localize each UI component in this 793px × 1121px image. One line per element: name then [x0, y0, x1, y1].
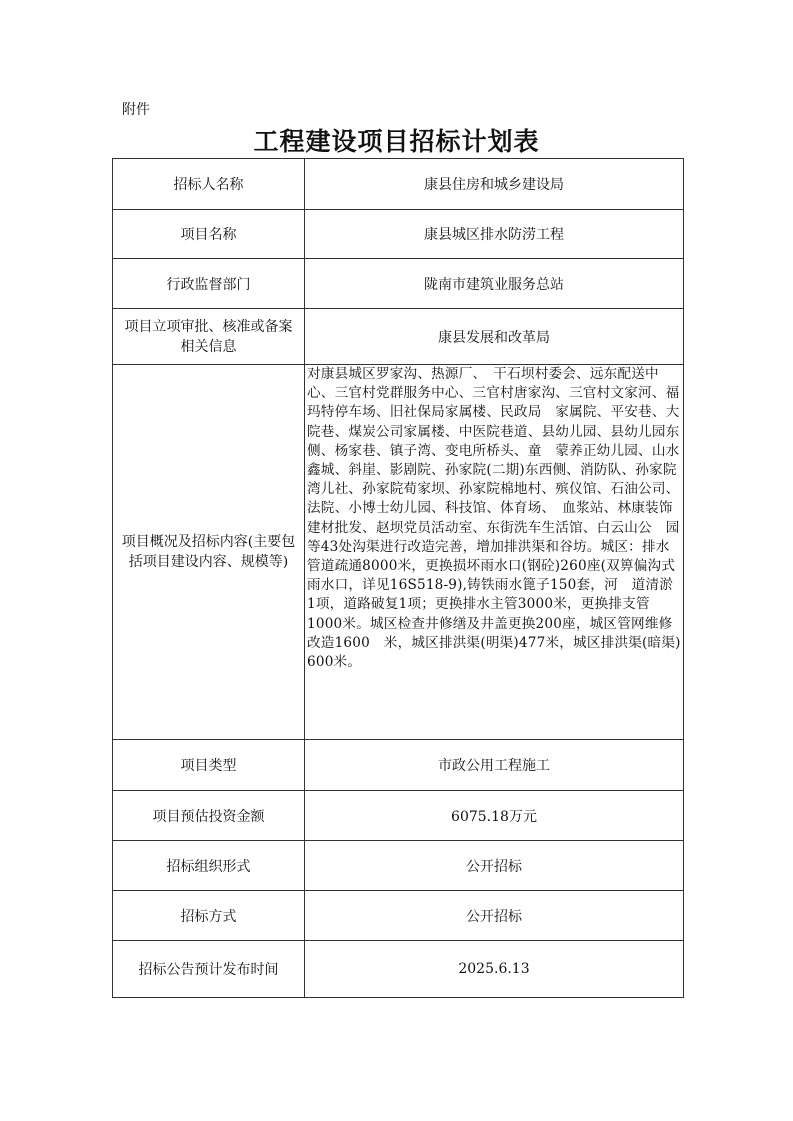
table-row: 招标人名称 康县住房和城乡建设局 [113, 159, 684, 210]
row-label-organization-form: 招标组织形式 [113, 841, 305, 891]
row-value-approval-info: 康县发展和改革局 [305, 309, 684, 365]
row-label-tender-method: 招标方式 [113, 891, 305, 941]
row-label-supervision-dept: 行政监督部门 [113, 259, 305, 309]
row-label-project-name: 项目名称 [113, 210, 305, 259]
table-row: 项目立项审批、核准或备案相关信息 康县发展和改革局 [113, 309, 684, 365]
row-label-project-type: 项目类型 [113, 740, 305, 791]
row-value-supervision-dept: 陇南市建筑业服务总站 [305, 259, 684, 309]
row-value-project-overview: 对康县城区罗家沟、热源厂、 干石坝村委会、远东配送中心、三官村党群服务中心、三官… [305, 365, 684, 740]
table-row: 项目概况及招标内容(主要包括项目建设内容、规模等) 对康县城区罗家沟、热源厂、 … [113, 365, 684, 740]
row-value-organization-form: 公开招标 [305, 841, 684, 891]
table-row: 行政监督部门 陇南市建筑业服务总站 [113, 259, 684, 309]
row-value-project-name: 康县城区排水防涝工程 [305, 210, 684, 259]
attachment-label: 附件 [122, 99, 150, 119]
row-value-project-type: 市政公用工程施工 [305, 740, 684, 791]
row-label-investment: 项目预估投资金额 [113, 791, 305, 841]
table-row: 项目名称 康县城区排水防涝工程 [113, 210, 684, 259]
row-value-announcement-date: 2025.6.13 [305, 941, 684, 998]
page-title: 工程建设项目招标计划表 [0, 122, 793, 158]
row-value-tenderer: 康县住房和城乡建设局 [305, 159, 684, 210]
row-label-approval-info: 项目立项审批、核准或备案相关信息 [113, 309, 305, 365]
row-label-tenderer: 招标人名称 [113, 159, 305, 210]
row-label-announcement-date: 招标公告预计发布时间 [113, 941, 305, 998]
table-row: 项目预估投资金额 6075.18万元 [113, 791, 684, 841]
row-label-project-overview: 项目概况及招标内容(主要包括项目建设内容、规模等) [113, 365, 305, 740]
row-value-tender-method: 公开招标 [305, 891, 684, 941]
tender-plan-table: 招标人名称 康县住房和城乡建设局 项目名称 康县城区排水防涝工程 行政监督部门 … [112, 158, 684, 998]
table-row: 招标公告预计发布时间 2025.6.13 [113, 941, 684, 998]
table-row: 招标组织形式 公开招标 [113, 841, 684, 891]
table-row: 招标方式 公开招标 [113, 891, 684, 941]
table-row: 项目类型 市政公用工程施工 [113, 740, 684, 791]
row-value-investment: 6075.18万元 [305, 791, 684, 841]
